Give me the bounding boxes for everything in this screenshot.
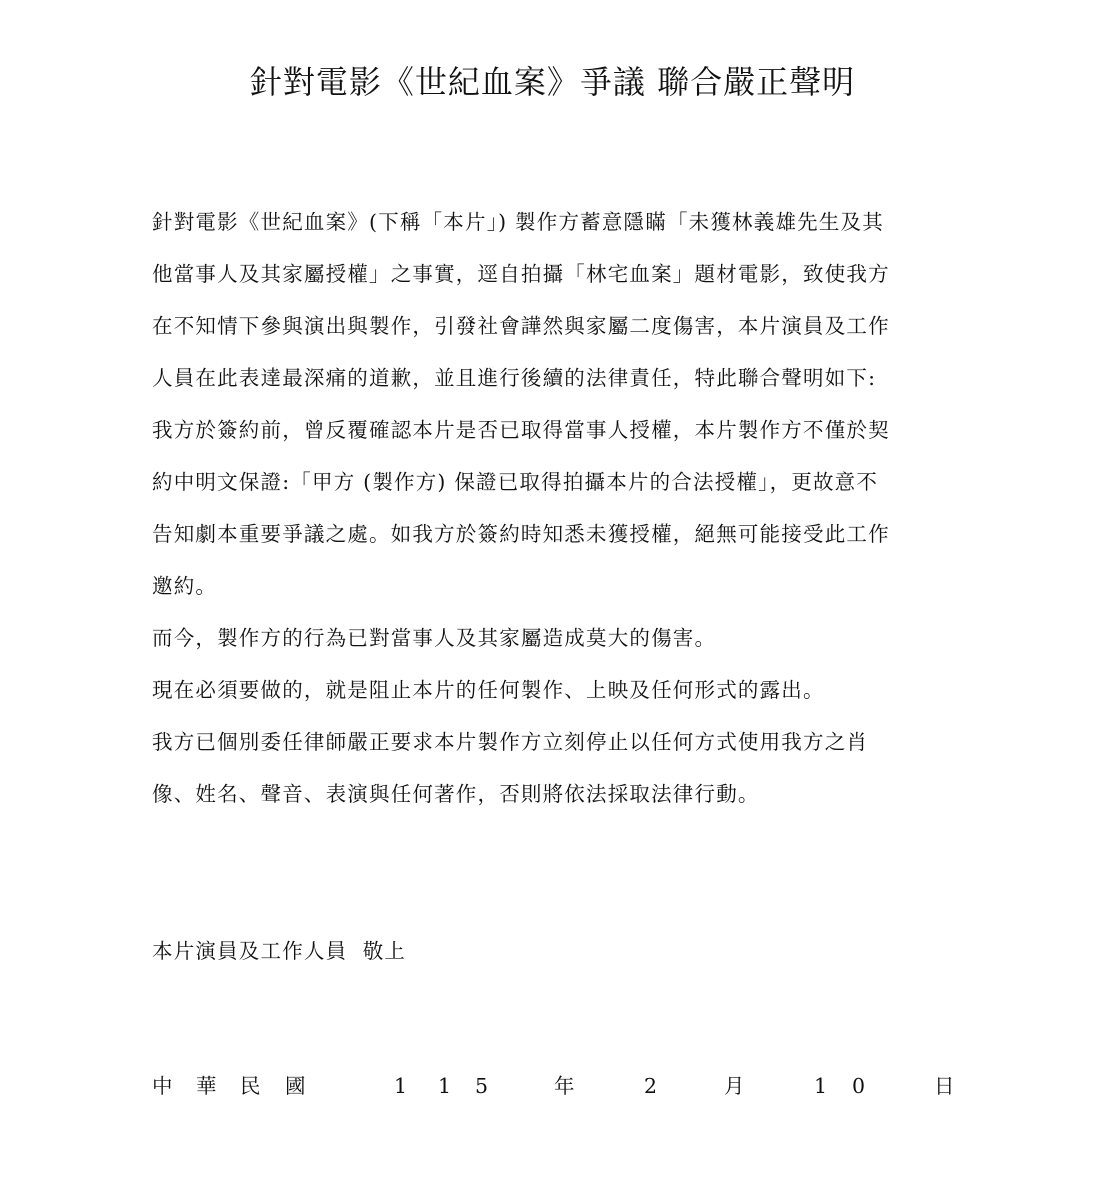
document-title: 針對電影《世紀血案》爭議 聯合嚴正聲明 xyxy=(0,58,1105,106)
text-line: 告知劇本重要爭議之處。如我方於簽約時知悉未獲授權，絕無可能接受此工作 xyxy=(152,508,952,560)
text-line: 現在必須要做的，就是阻止本片的任何製作、上映及任何形式的露出。 xyxy=(152,664,952,716)
date-year-digit: 5 xyxy=(475,1068,488,1104)
date-year-digit: 1 xyxy=(438,1068,451,1104)
text-line: 而今，製作方的行為已對當事人及其家屬造成莫大的傷害。 xyxy=(152,612,952,664)
date-era-char: 華 xyxy=(196,1068,217,1104)
date-month-digit: 2 xyxy=(644,1068,657,1104)
text-line: 我方於簽約前，曾反覆確認本片是否已取得當事人授權，本片製作方不僅於契 xyxy=(152,404,952,456)
text-line: 邀約。 xyxy=(152,560,952,612)
date-month-label: 月 xyxy=(724,1068,745,1104)
date-era-char: 民 xyxy=(240,1068,261,1104)
text-line: 在不知情下參與演出與製作，引發社會譁然與家屬二度傷害，本片演員及工作 xyxy=(152,300,952,352)
date-day-label: 日 xyxy=(934,1068,955,1104)
date-line: 中 華 民 國 1 1 5 年 2 月 1 0 日 xyxy=(152,1068,962,1104)
date-day-digit: 0 xyxy=(852,1068,865,1104)
paragraph-legal-action: 我方已個別委任律師嚴正要求本片製作方立刻停止以任何方式使用我方之肖 像、姓名、聲… xyxy=(152,716,952,820)
text-line: 他當事人及其家屬授權」之事實，逕自拍攝「林宅血案」題材電影，致使我方 xyxy=(152,248,952,300)
paragraph-harm: 而今，製作方的行為已對當事人及其家屬造成莫大的傷害。 xyxy=(152,612,952,664)
date-year-label: 年 xyxy=(554,1068,575,1104)
text-line: 針對電影《世紀血案》(下稱「本片」) 製作方蓄意隱瞞「未獲林義雄先生及其 xyxy=(152,196,952,248)
text-line: 我方已個別委任律師嚴正要求本片製作方立刻停止以任何方式使用我方之肖 xyxy=(152,716,952,768)
date-year-digit: 1 xyxy=(394,1068,407,1104)
paragraph-demand: 現在必須要做的，就是阻止本片的任何製作、上映及任何形式的露出。 xyxy=(152,664,952,716)
date-day-digit: 1 xyxy=(814,1068,827,1104)
statement-body: 針對電影《世紀血案》(下稱「本片」) 製作方蓄意隱瞞「未獲林義雄先生及其 他當事… xyxy=(152,196,952,820)
date-era-char: 中 xyxy=(152,1068,173,1104)
date-era-char: 國 xyxy=(285,1068,306,1104)
paragraph-contract: 我方於簽約前，曾反覆確認本片是否已取得當事人授權，本片製作方不僅於契 約中明文保… xyxy=(152,404,952,612)
text-line: 像、姓名、聲音、表演與任何著作，否則將依法採取法律行動。 xyxy=(152,768,952,820)
signature: 本片演員及工作人員 敬上 xyxy=(152,935,406,967)
text-line: 約中明文保證:「甲方 (製作方) 保證已取得拍攝本片的合法授權」，更故意不 xyxy=(152,456,952,508)
text-line: 人員在此表達最深痛的道歉，並且進行後續的法律責任，特此聯合聲明如下: xyxy=(152,352,952,404)
paragraph-intro: 針對電影《世紀血案》(下稱「本片」) 製作方蓄意隱瞞「未獲林義雄先生及其 他當事… xyxy=(152,196,952,404)
